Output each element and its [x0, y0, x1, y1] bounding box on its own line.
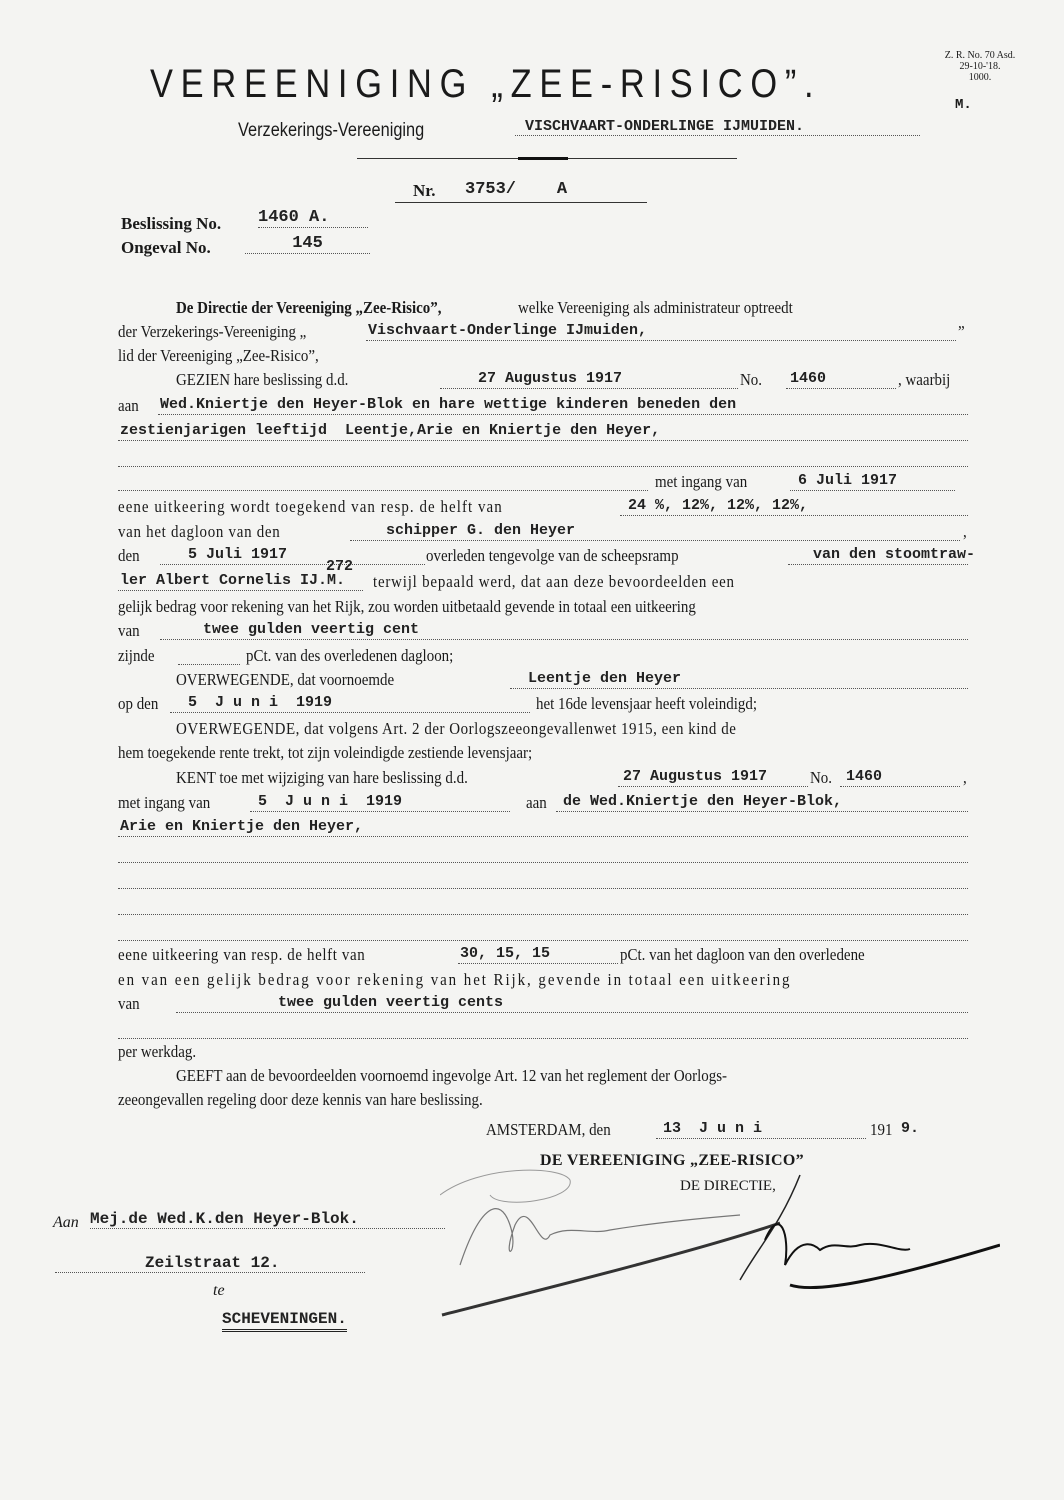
nr-label: Nr. — [413, 181, 436, 201]
uitkeering-2-value: 30, 15, 15 — [460, 945, 550, 962]
van-2-label: van — [118, 994, 140, 1014]
body-line — [118, 448, 968, 472]
kent-aan-value-2: Arie en Kniertje den Heyer, — [120, 818, 363, 835]
nr-underline — [395, 202, 647, 203]
uitkeering-2-line2: en van een gelijk bedrag voor rekening v… — [118, 970, 791, 990]
kent-no-label: No. — [810, 768, 832, 788]
body-line: Arie en Kniertje den Heyer, — [118, 818, 968, 842]
form-ref-line: 1000. — [925, 72, 1035, 83]
body-line: met ingang van 6 Juli 1917 — [118, 472, 968, 496]
nr-value: 3753/ A — [465, 180, 567, 199]
overwegende-2b: hem toegekende rente trekt, tot zijn vol… — [118, 743, 532, 763]
body-line: aan Wed.Kniertje den Heyer-Blok en hare … — [118, 396, 968, 420]
overwegende-1-label: OVERWEGENDE, dat voornoemde — [176, 670, 394, 690]
body-line: OVERWEGENDE, dat voornoemde Leentje den … — [118, 670, 968, 694]
ongeval-label: Ongeval No. — [121, 238, 211, 258]
van-value: twee gulden veertig cent — [203, 621, 419, 638]
body-line: zijnde pCt. van des overledenen dagloon; — [118, 646, 968, 670]
kent-ingang-value: 5 J u n i 1919 — [258, 793, 402, 810]
form-ref-line: 29-10-'18. — [925, 61, 1035, 72]
body-line: per werkdag. — [118, 1042, 968, 1066]
aan-value: Wed.Kniertje den Heyer-Blok en hare wett… — [160, 396, 736, 413]
aan-label: aan — [118, 396, 139, 416]
body-line — [118, 1020, 968, 1044]
signatures-icon — [440, 1165, 1000, 1345]
body-line — [118, 896, 968, 920]
geeft-line-2: zeeongevallen regeling door deze kennis … — [118, 1090, 483, 1110]
van-label: van — [118, 621, 140, 641]
kent-no: 1460 — [846, 768, 882, 785]
gezien-no: 1460 — [790, 370, 826, 387]
body-line: lid der Vereeniging „Zee-Risico”, — [118, 346, 968, 370]
kent-label: KENT toe met wijziging van hare beslissi… — [176, 768, 468, 788]
body-line: eene uitkeering van resp. de helft van 3… — [118, 945, 968, 969]
ingang-value: 6 Juli 1917 — [798, 472, 897, 489]
ramp-value-2: ler Albert Cornelis IJ.M. — [120, 572, 345, 589]
gezien-tail: , waarbij — [898, 370, 950, 390]
geeft-line: GEEFT aan de bevoordeelden voornoemd ing… — [176, 1066, 727, 1086]
verzekering-label: der Verzekerings-Vereeniging „ — [118, 322, 306, 342]
body-line: van het dagloon van den schipper G. den … — [118, 522, 968, 546]
uitkeering-2-label: eene uitkeering van resp. de helft van — [118, 945, 365, 965]
gelijk-line: gelijk bedrag voor rekening van het Rijk… — [118, 597, 696, 617]
subtitle-value: VISCHVAART-ONDERLINGE IJMUIDEN. — [515, 118, 920, 136]
zijnde-tail: pCt. van des overledenen dagloon; — [246, 646, 453, 666]
kent-aan-label: aan — [526, 793, 547, 813]
body-line: De Directie der Vereeniging „Zee-Risico”… — [118, 298, 968, 322]
year-prefix: 191 — [870, 1120, 892, 1140]
body-line: eene uitkeering wordt toegekend van resp… — [118, 497, 968, 521]
overwegende-1-value: Leentje den Heyer — [528, 670, 681, 687]
place-label: AMSTERDAM, den — [486, 1120, 611, 1140]
den-value: 5 Juli 1917 — [188, 546, 287, 563]
van-2-value: twee gulden veertig cents — [278, 994, 503, 1011]
dagloon-label: van het dagloon van den — [118, 522, 280, 542]
ramp-value: van den stoomtraw- — [813, 546, 975, 563]
uitkeering-value: 24 %, 12%, 12%, 12%, — [628, 497, 808, 514]
overwegende-2: OVERWEGENDE, dat volgens Art. 2 der Oorl… — [176, 719, 736, 739]
letterhead-title: VEREENIGING „ZEE-RISICO”. — [150, 62, 821, 107]
opden-tail: het 16de levensjaar heeft voleindigd; — [536, 694, 757, 714]
body-line: GEEFT aan de bevoordeelden voornoemd ing… — [118, 1066, 968, 1090]
body-line: op den 5 J u n i 1919 het 16de levensjaa… — [118, 694, 968, 718]
kent-ingang-label: met ingang van — [118, 793, 210, 813]
gezien-label: GEZIEN hare beslissing d.d. — [176, 370, 348, 390]
body-line: en van een gelijk bedrag voor rekening v… — [118, 970, 968, 994]
body-line: den 5 Juli 1917 overleden tengevolge van… — [118, 546, 968, 570]
body-line — [118, 870, 968, 894]
den-label: den — [118, 546, 140, 566]
dagloon-value: schipper G. den Heyer — [386, 522, 575, 539]
opden-label: op den — [118, 694, 158, 714]
ongeval-value: 145 — [245, 234, 370, 254]
form-reference: Z. R. No. 70 Asd. 29-10-'18. 1000. — [925, 50, 1035, 83]
form-mark: M. — [955, 97, 972, 113]
lid-line: lid der Vereeniging „Zee-Risico”, — [118, 346, 319, 366]
gezien-date: 27 Augustus 1917 — [478, 370, 622, 387]
body-line — [118, 844, 968, 868]
recipient-street: Zeilstraat 12. — [55, 1254, 365, 1273]
ingang-label: met ingang van — [655, 472, 747, 492]
header-divider-accent — [518, 157, 568, 160]
opden-value: 5 J u n i 1919 — [188, 694, 332, 711]
body-line: ler Albert Cornelis IJ.M. 272 terwijl be… — [118, 572, 968, 596]
body-line: OVERWEGENDE, dat volgens Art. 2 der Oorl… — [118, 719, 968, 743]
beslissing-value: 1460 A. — [258, 208, 368, 228]
body-line: GEZIEN hare beslissing d.d. 27 Augustus … — [118, 370, 968, 394]
body-line — [118, 922, 968, 946]
address-aan-label: Aan — [53, 1214, 79, 1232]
recipient-name: Mej.de Wed.K.den Heyer-Blok. — [90, 1210, 445, 1229]
body-line: gelijk bedrag voor rekening van het Rijk… — [118, 597, 968, 621]
closing-date: 13 J u n i — [663, 1120, 762, 1137]
body-line: hem toegekende rente trekt, tot zijn vol… — [118, 743, 968, 767]
body-line: zeeongevallen regeling door deze kennis … — [118, 1090, 968, 1114]
subtitle-label: Verzekerings-Vereeniging — [238, 120, 424, 142]
uitkeering-2-tail: pCt. van het dagloon van den overledene — [620, 945, 865, 965]
gezien-no-label: No. — [740, 370, 762, 390]
body-line: KENT toe met wijziging van hare beslissi… — [118, 768, 968, 792]
kent-date: 27 Augustus 1917 — [623, 768, 767, 785]
overleden-label: overleden tengevolge van de scheepsramp — [426, 546, 679, 566]
year-suffix: 9. — [901, 1120, 919, 1137]
verzekering-value: Vischvaart-Onderlinge IJmuiden, — [368, 322, 647, 339]
form-ref-line: Z. R. No. 70 Asd. — [925, 50, 1035, 61]
address-te-label: te — [213, 1282, 225, 1300]
kent-aan-value: de Wed.Kniertje den Heyer-Blok, — [563, 793, 842, 810]
closing-date-line: AMSTERDAM, den 13 J u n i 191 9. — [118, 1120, 968, 1144]
body-line: der Verzekerings-Vereeniging „ Vischvaar… — [118, 322, 968, 346]
uitkeering-label: eene uitkeering wordt toegekend van resp… — [118, 497, 503, 517]
zijnde-label: zijnde — [118, 646, 155, 666]
recipient-city: SCHEVENINGEN. — [222, 1310, 347, 1332]
body-line: van twee gulden veertig cents — [118, 994, 968, 1018]
directie-intro-tail: welke Vereeniging als administrateur opt… — [518, 298, 793, 318]
body-line: met ingang van 5 J u n i 1919 aan de Wed… — [118, 793, 968, 817]
terwijl-line: terwijl bepaald werd, dat aan deze bevoo… — [373, 572, 735, 592]
aan-value-2: zestienjarigen leeftijd Leentje,Arie en … — [120, 422, 660, 439]
body-line: van twee gulden veertig cent — [118, 621, 968, 645]
close-quote: ” — [958, 322, 965, 342]
per-werkdag: per werkdag. — [118, 1042, 196, 1062]
ramp-ship-number: 272 — [326, 558, 353, 575]
beslissing-label: Beslissing No. — [121, 214, 221, 234]
directie-intro: De Directie der Vereeniging „Zee-Risico”… — [176, 298, 441, 318]
body-line: zestienjarigen leeftijd Leentje,Arie en … — [118, 422, 968, 446]
